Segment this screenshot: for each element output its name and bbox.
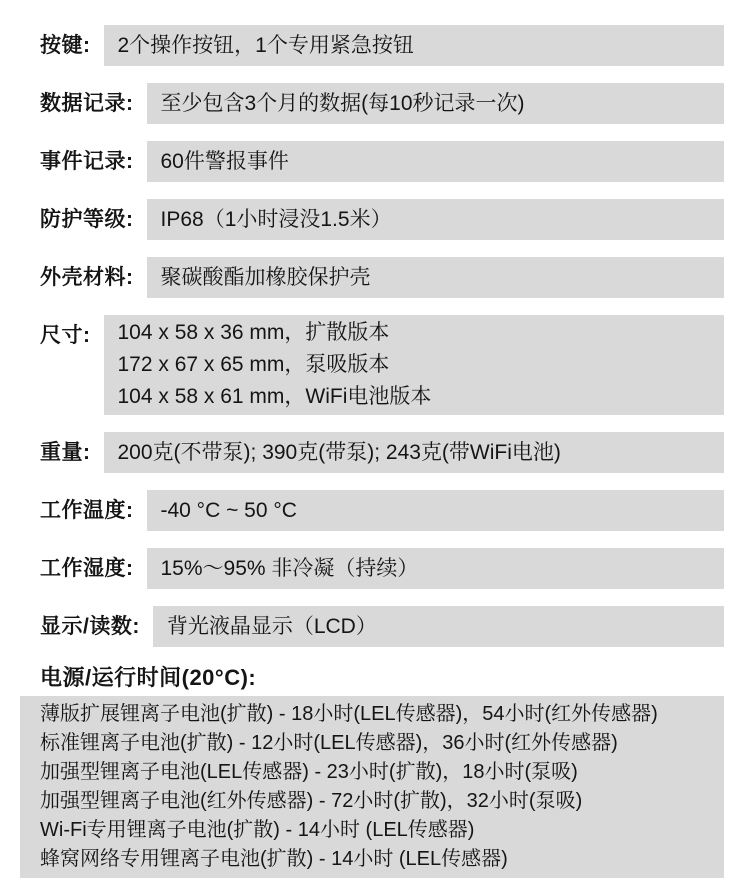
spec-value-ip-rating: IP68（1小时浸没1.5米） bbox=[147, 199, 725, 240]
power-runtime-line: 加强型锂离子电池(红外传感器) - 72小时(扩散)，32小时(泵吸) bbox=[40, 787, 718, 816]
spec-value-text: 15%～95% 非冷凝（持续） bbox=[161, 548, 717, 589]
spec-row-housing-material: 外壳材料: 聚碳酸酯加橡胶保护壳 bbox=[40, 257, 724, 298]
spec-label-operating-humidity: 工作湿度: bbox=[40, 548, 147, 589]
spec-value-text: 至少包含3个月的数据(每10秒记录一次) bbox=[161, 83, 717, 124]
spec-value-event-logging: 60件警报事件 bbox=[147, 141, 725, 182]
spec-value-operating-humidity: 15%～95% 非冷凝（持续） bbox=[147, 548, 725, 589]
power-runtime-line: 薄版扩展锂离子电池(扩散) - 18小时(LEL传感器)，54小时(红外传感器) bbox=[40, 700, 718, 729]
spec-label-event-logging: 事件记录: bbox=[40, 141, 147, 182]
spec-label-operating-temperature: 工作温度: bbox=[40, 490, 147, 531]
spec-value-housing-material: 聚碳酸酯加橡胶保护壳 bbox=[147, 257, 725, 298]
spec-value-text: 60件警报事件 bbox=[161, 141, 717, 182]
power-runtime-line: Wi-Fi专用锂离子电池(扩散) - 14小时 (LEL传感器) bbox=[40, 816, 718, 845]
spec-row-display: 显示/读数: 背光液晶显示（LCD） bbox=[40, 606, 724, 647]
spec-value-text: 背光液晶显示（LCD） bbox=[167, 606, 716, 647]
spec-label-housing-material: 外壳材料: bbox=[40, 257, 147, 298]
spec-label-ip-rating: 防护等级: bbox=[40, 199, 147, 240]
spec-label-buttons: 按键: bbox=[40, 25, 104, 66]
spec-label-weight: 重量: bbox=[40, 432, 104, 473]
spec-value-buttons: 2个操作按钮，1个专用紧急按钮 bbox=[104, 25, 725, 66]
spec-sheet-page: 按键: 2个操作按钮，1个专用紧急按钮 数据记录: 至少包含3个月的数据(每10… bbox=[0, 0, 750, 880]
spec-row-event-logging: 事件记录: 60件警报事件 bbox=[40, 141, 724, 182]
power-runtime-line: 标准锂离子电池(扩散) - 12小时(LEL传感器)，36小时(红外传感器) bbox=[40, 729, 718, 758]
spec-value-text: 104 x 58 x 36 mm，扩散版本 bbox=[118, 317, 717, 349]
spec-label-dimensions: 尺寸: bbox=[40, 315, 104, 356]
spec-row-ip-rating: 防护等级: IP68（1小时浸没1.5米） bbox=[40, 199, 724, 240]
power-runtime-box: 薄版扩展锂离子电池(扩散) - 18小时(LEL传感器)，54小时(红外传感器)… bbox=[20, 696, 724, 878]
spec-value-text: 172 x 67 x 65 mm，泵吸版本 bbox=[118, 349, 717, 381]
spec-value-operating-temperature: -40 °C ~ 50 °C bbox=[147, 490, 725, 531]
spec-row-buttons: 按键: 2个操作按钮，1个专用紧急按钮 bbox=[40, 25, 724, 66]
spec-value-display: 背光液晶显示（LCD） bbox=[153, 606, 724, 647]
power-runtime-heading: 电源/运行时间(20°C): bbox=[40, 664, 724, 692]
spec-value-data-logging: 至少包含3个月的数据(每10秒记录一次) bbox=[147, 83, 725, 124]
spec-value-text: 2个操作按钮，1个专用紧急按钮 bbox=[118, 25, 717, 66]
spec-row-operating-temperature: 工作温度: -40 °C ~ 50 °C bbox=[40, 490, 724, 531]
power-runtime-line: 蜂窝网络专用锂离子电池(扩散) - 14小时 (LEL传感器) bbox=[40, 845, 718, 874]
spec-value-weight: 200克(不带泵); 390克(带泵); 243克(带WiFi电池) bbox=[104, 432, 725, 473]
spec-label-display: 显示/读数: bbox=[40, 606, 153, 647]
power-runtime-line: 加强型锂离子电池(LEL传感器) - 23小时(扩散)，18小时(泵吸) bbox=[40, 758, 718, 787]
spec-label-data-logging: 数据记录: bbox=[40, 83, 147, 124]
spec-value-text: 200克(不带泵); 390克(带泵); 243克(带WiFi电池) bbox=[118, 432, 717, 473]
spec-table: 按键: 2个操作按钮，1个专用紧急按钮 数据记录: 至少包含3个月的数据(每10… bbox=[0, 0, 750, 878]
spec-value-dimensions: 104 x 58 x 36 mm，扩散版本 172 x 67 x 65 mm，泵… bbox=[104, 315, 725, 415]
spec-value-text: 聚碳酸酯加橡胶保护壳 bbox=[161, 257, 717, 298]
spec-row-dimensions: 尺寸: 104 x 58 x 36 mm，扩散版本 172 x 67 x 65 … bbox=[40, 315, 724, 415]
spec-value-text: -40 °C ~ 50 °C bbox=[161, 490, 717, 531]
spec-row-operating-humidity: 工作湿度: 15%～95% 非冷凝（持续） bbox=[40, 548, 724, 589]
spec-row-data-logging: 数据记录: 至少包含3个月的数据(每10秒记录一次) bbox=[40, 83, 724, 124]
spec-value-text: 104 x 58 x 61 mm，WiFi电池版本 bbox=[118, 381, 717, 413]
spec-row-weight: 重量: 200克(不带泵); 390克(带泵); 243克(带WiFi电池) bbox=[40, 432, 724, 473]
spec-value-text: IP68（1小时浸没1.5米） bbox=[161, 199, 717, 240]
